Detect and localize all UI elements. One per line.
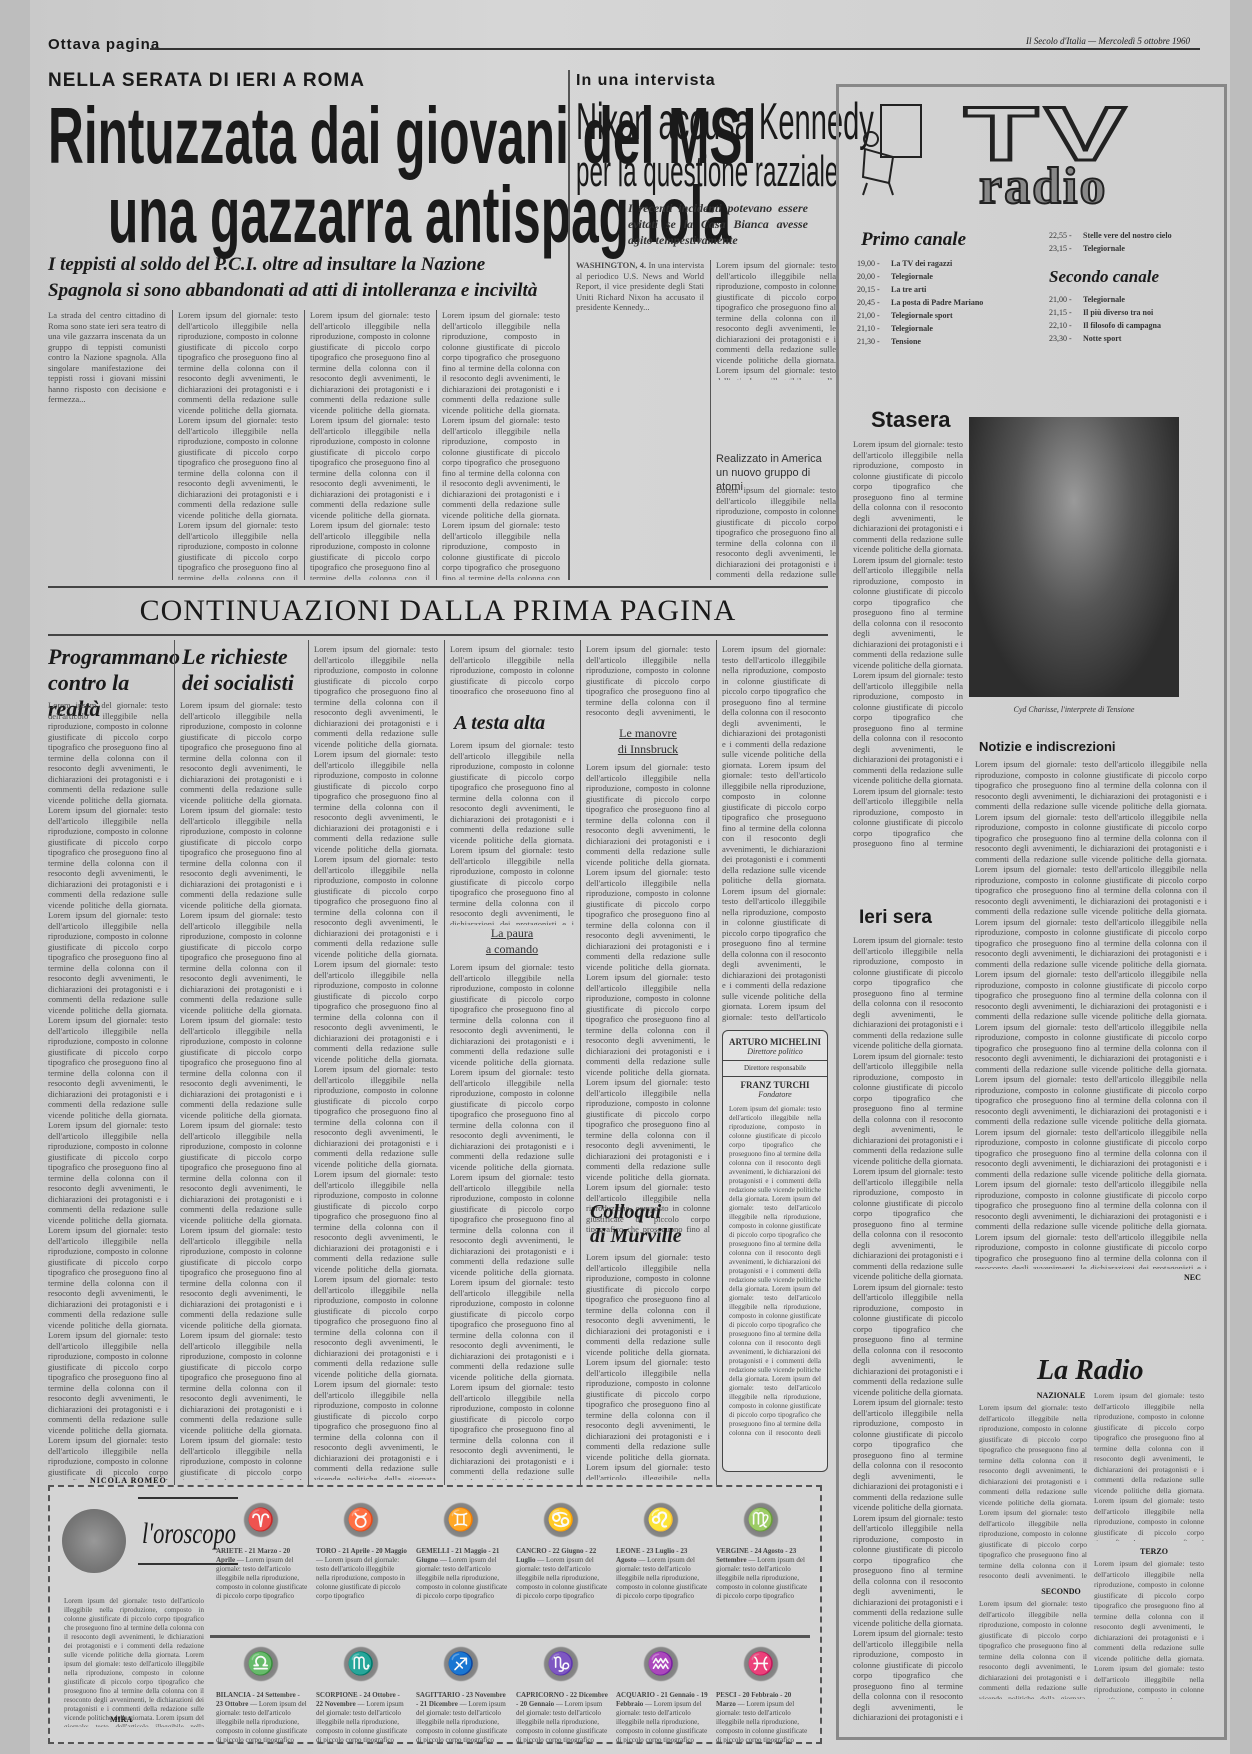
notizie-title: Notizie e indiscrezioni	[979, 739, 1116, 754]
program-time: 21,00 -	[1049, 295, 1083, 305]
article-body-socialisti: Lorem ipsum del giornale: testo dell'art…	[180, 700, 302, 1480]
header-rule	[150, 48, 1200, 50]
article-body-col-4a: Lorem ipsum del giornale: testo dell'art…	[450, 644, 574, 694]
newspaper-page: Ottava pagina Il Secolo d'Italia — Merco…	[30, 0, 1230, 1754]
article-body-col-3: Lorem ipsum del giornale: testo dell'art…	[314, 644, 438, 1480]
program-title: Telegiornale	[891, 272, 933, 281]
lead-body-col-4: Lorem ipsum del giornale: testo dell'art…	[442, 310, 560, 580]
zodiac-sign-toro: ♉TORO - 21 Aprile - 20 Maggio — Lorem ip…	[316, 1499, 408, 1601]
aries-icon: ♈	[240, 1499, 282, 1541]
primo-canale-title: Primo canale	[861, 229, 966, 251]
second-body-col-3: Lorem ipsum del giornale: testo dell'art…	[716, 485, 836, 580]
director-name: ARTURO MICHELINI	[723, 1037, 827, 1047]
founder-role: Fondatore	[723, 1090, 827, 1099]
program-time: 20,00 -	[857, 272, 891, 282]
program-title: La TV dei ragazzi	[891, 259, 952, 268]
zodiac-sign-capricorno: ♑CAPRICORNO - 22 Dicembre - 20 Gennaio —…	[516, 1643, 608, 1745]
capricorn-icon: ♑	[540, 1643, 582, 1685]
program-title: Tensione	[891, 337, 921, 346]
zodiac-sign-vergine: ♍VERGINE - 24 Agosto - 23 Settembre — Lo…	[716, 1499, 808, 1601]
column-rule	[580, 640, 581, 1485]
program-time: 22,55 -	[1049, 231, 1083, 241]
lead-kicker: NELLA SERATA DI IERI A ROMA	[48, 70, 365, 92]
primo-canale-schedule: 19,00 -La TV dei ragazzi20,00 -Telegiorn…	[857, 259, 1037, 350]
zodiac-text: ARIETE - 21 Marzo - 20 Aprile — Lorem ip…	[216, 1547, 308, 1601]
secondo-radio-schedule: Lorem ipsum del giornale: testo dell'art…	[979, 1599, 1087, 1699]
article-body-murville: Lorem ipsum del giornale: testo dell'art…	[586, 1252, 710, 1480]
zodiac-text: TORO - 21 Aprile - 20 Maggio — Lorem ips…	[316, 1547, 408, 1601]
primo-canale-late-schedule: 22,55 -Stelle vere del nostro cielo23,15…	[1049, 231, 1209, 257]
taurus-icon: ♉	[340, 1499, 382, 1541]
column-rule	[304, 310, 305, 580]
scorpio-icon: ♏	[340, 1643, 382, 1685]
article-body-col-5a: Lorem ipsum del giornale: testo dell'art…	[586, 644, 710, 716]
lead-body-col-2: Lorem ipsum del giornale: testo dell'art…	[178, 310, 298, 580]
column-rule	[716, 640, 717, 1485]
program-row: 21,00 -Telegiornale	[1049, 295, 1214, 305]
article-body-paura: Lorem ipsum del giornale: testo dell'art…	[450, 962, 574, 1480]
actress-photo	[969, 417, 1179, 697]
program-row: 22,10 -Il filosofo di campagna	[1049, 321, 1214, 331]
zodiac-text: SAGITTARIO - 23 Novembre - 21 Dicembre —…	[416, 1691, 508, 1745]
subtitle-innsbruck: Le manovre di Innsbruck	[586, 725, 710, 757]
photo-caption: Cyd Charisse, l'interprete di Tensione	[969, 705, 1179, 714]
radio-schedule-col-2: Lorem ipsum del giornale: testo dell'art…	[1094, 1391, 1204, 1541]
column-rule	[172, 310, 173, 580]
tv-viewer-illustration-icon	[859, 97, 929, 197]
program-row: 19,00 -La TV dei ragazzi	[857, 259, 1037, 269]
zodiac-row-2: ♎BILANCIA - 24 Settembre - 23 Ottobre — …	[216, 1643, 816, 1738]
article-body-innsbruck: Lorem ipsum del giornale: testo dell'art…	[586, 762, 710, 1232]
la-radio-title: La Radio	[1037, 1355, 1144, 1387]
article-signature: NICOLA ROMEO	[90, 1476, 167, 1485]
tv-radio-box: TV radio Primo canale 19,00 -La TV dei r…	[836, 84, 1227, 1740]
program-title: Telegiornale	[891, 324, 933, 333]
column-rule	[444, 640, 445, 1485]
masthead: Il Secolo d'Italia — Mercoledì 5 ottobre…	[1026, 36, 1190, 46]
column-rule	[174, 640, 175, 1485]
zodiac-text: CANCRO - 22 Giugno - 22 Luglio — Lorem i…	[516, 1547, 608, 1601]
horoscope-signature: MIRA	[110, 1715, 132, 1724]
program-row: 20,45 -La posta di Padre Mariano	[857, 298, 1037, 308]
virgo-icon: ♍	[740, 1499, 782, 1541]
gemini-icon: ♊	[440, 1499, 482, 1541]
libra-icon: ♎	[240, 1643, 282, 1685]
notizie-body: Lorem ipsum del giornale: testo dell'art…	[975, 759, 1207, 1269]
zodiac-text: CAPRICORNO - 22 Dicembre - 20 Gennaio — …	[516, 1691, 608, 1745]
horoscope-intro: Lorem ipsum del giornale: testo dell'art…	[64, 1597, 204, 1727]
second-headline-2: per la questione razziale	[576, 150, 838, 194]
program-title: Telegiornale sport	[891, 311, 953, 320]
ieri-sera-title: Ieri sera	[859, 907, 932, 929]
secondo-canale-schedule: 21,00 -Telegiornale21,15 -Il più diverso…	[1049, 295, 1214, 347]
zodiac-sign-ariete: ♈ARIETE - 21 Marzo - 20 Aprile — Lorem i…	[216, 1499, 308, 1601]
column-rule	[436, 310, 437, 580]
program-title: Stelle vere del nostro cielo	[1083, 231, 1172, 240]
article-title-testa-alta: A testa alta	[454, 710, 545, 736]
section-label: Ottava pagina	[48, 36, 160, 53]
radio-logo: radio	[979, 157, 1107, 216]
program-title: Telegiornale	[1083, 244, 1125, 253]
program-title: La posta di Padre Mariano	[891, 298, 983, 307]
article-title-socialisti: Le richieste dei socialisti	[182, 644, 302, 696]
article-body-testa-alta: Lorem ipsum del giornale: testo dell'art…	[450, 740, 574, 925]
leo-icon: ♌	[640, 1499, 682, 1541]
zodiac-sign-leone: ♌LEONE - 23 Luglio - 23 Agosto — Lorem i…	[616, 1499, 708, 1601]
article-body-col-6: Lorem ipsum del giornale: testo dell'art…	[722, 644, 826, 1024]
program-row: 23,30 -Notte sport	[1049, 334, 1214, 344]
zodiac-text: GEMELLI - 21 Maggio - 21 Giugno — Lorem …	[416, 1547, 508, 1601]
zodiac-sign-sagittario: ♐SAGITTARIO - 23 Novembre - 21 Dicembre …	[416, 1643, 508, 1745]
terzo-schedule: Lorem ipsum del giornale: testo dell'art…	[1094, 1559, 1204, 1699]
program-time: 21,30 -	[857, 337, 891, 347]
second-body-col-2: Lorem ipsum del giornale: testo dell'art…	[716, 260, 836, 380]
program-row: 21,10 -Telegiornale	[857, 324, 1037, 334]
horoscope-box: l'oroscopo Lorem ipsum del giornale: tes…	[48, 1485, 822, 1744]
second-kicker: In una intervista	[576, 72, 716, 90]
column-rule	[710, 260, 711, 580]
lead-body-col-3: Lorem ipsum del giornale: testo dell'art…	[310, 310, 430, 580]
zodiac-text: SCORPIONE - 24 Ottobre - 22 Novembre — L…	[316, 1691, 408, 1745]
ieri-sera-body: Lorem ipsum del giornale: testo dell'art…	[853, 935, 963, 1725]
zodiac-sign-scorpione: ♏SCORPIONE - 24 Ottobre - 22 Novembre — …	[316, 1643, 408, 1745]
horoscope-emblem-icon	[62, 1509, 126, 1573]
pisces-icon: ♓	[740, 1643, 782, 1685]
editor-role: Direttore responsabile	[723, 1060, 827, 1072]
lead-body-col-1: La strada del centro cittadino di Roma s…	[48, 310, 166, 580]
program-time: 23,15 -	[1049, 244, 1083, 254]
zodiac-sign-acquario: ♒ACQUARIO - 21 Gennaio - 19 Febbraio — L…	[616, 1643, 708, 1745]
column-rule	[308, 640, 309, 1485]
program-time: 23,30 -	[1049, 334, 1083, 344]
program-title: Il filosofo di campagna	[1083, 321, 1161, 330]
program-time: 22,10 -	[1049, 321, 1083, 331]
program-time: 19,00 -	[857, 259, 891, 269]
program-title: Il più diverso tra noi	[1083, 308, 1153, 317]
program-time: 20,45 -	[857, 298, 891, 308]
program-row: 20,15 -La tre arti	[857, 285, 1037, 295]
program-title: Notte sport	[1083, 334, 1121, 343]
zodiac-text: BILANCIA - 24 Settembre - 23 Ottobre — L…	[216, 1691, 308, 1745]
founder-name: FRANZ TURCHI	[723, 1076, 827, 1090]
article-title-murville: Colloqui di Murville	[590, 1200, 682, 1248]
program-time: 21,10 -	[857, 324, 891, 334]
program-row: 20,00 -Telegiornale	[857, 272, 1037, 282]
zodiac-text: PESCI - 20 Febbraio - 20 Marzo — Lorem i…	[716, 1691, 808, 1745]
program-time: 21,15 -	[1049, 308, 1083, 318]
stasera-body: Lorem ipsum del giornale: testo dell'art…	[853, 439, 963, 849]
zodiac-sign-pesci: ♓PESCI - 20 Febbraio - 20 Marzo — Lorem …	[716, 1643, 808, 1745]
continuations-title: CONTINUAZIONI DALLA PRIMA PAGINA	[48, 594, 828, 628]
zodiac-text: VERGINE - 24 Agosto - 23 Settembre — Lor…	[716, 1547, 808, 1601]
program-time: 21,00 -	[857, 311, 891, 321]
credits-details: Lorem ipsum del giornale: testo dell'art…	[729, 1105, 821, 1435]
program-row: 22,55 -Stelle vere del nostro cielo	[1049, 231, 1209, 241]
program-time: 20,15 -	[857, 285, 891, 295]
nazionale-schedule: Lorem ipsum del giornale: testo dell'art…	[979, 1403, 1087, 1578]
horoscope-divider	[210, 1635, 810, 1638]
section-rule-bottom	[48, 634, 828, 636]
program-row: 21,15 -Il più diverso tra noi	[1049, 308, 1214, 318]
program-title: Telegiornale	[1083, 295, 1125, 304]
second-subhead: I recenti incidenti potevano essere evit…	[628, 200, 808, 248]
terzo-label: TERZO	[1109, 1547, 1199, 1556]
second-body-col-1: WASHINGTON, 4. In una intervista al peri…	[576, 260, 704, 580]
credits-box: ARTURO MICHELINI Direttore politico Dire…	[722, 1030, 828, 1472]
director-role: Direttore politico	[723, 1047, 827, 1056]
zodiac-text: ACQUARIO - 21 Gennaio - 19 Febbraio — Lo…	[616, 1691, 708, 1745]
aquarius-icon: ♒	[640, 1643, 682, 1685]
lead-subhead: I teppisti al soldo del P.C.I. oltre ad …	[48, 252, 568, 304]
program-title: La tre arti	[891, 285, 926, 294]
zodiac-sign-bilancia: ♎BILANCIA - 24 Settembre - 23 Ottobre — …	[216, 1643, 308, 1745]
article-body-programmano: Lorem ipsum del giornale: testo dell'art…	[48, 700, 168, 1480]
program-row: 23,15 -Telegiornale	[1049, 244, 1209, 254]
zodiac-text: LEONE - 23 Luglio - 23 Agosto — Lorem ip…	[616, 1547, 708, 1601]
second-headline-1: Nixon accusa Kennedy	[576, 96, 874, 148]
sagittarius-icon: ♐	[440, 1643, 482, 1685]
zodiac-row-1: ♈ARIETE - 21 Marzo - 20 Aprile — Lorem i…	[216, 1499, 816, 1629]
program-row: 21,00 -Telegiornale sport	[857, 311, 1037, 321]
section-rule-top	[48, 586, 828, 588]
program-row: 21,30 -Tensione	[857, 337, 1037, 347]
stasera-title: Stasera	[871, 407, 951, 433]
secondo-canale-title: Secondo canale	[1049, 267, 1159, 287]
notizie-signature: NEC	[1184, 1273, 1201, 1282]
zodiac-sign-gemelli: ♊GEMELLI - 21 Maggio - 21 Giugno — Lorem…	[416, 1499, 508, 1601]
cancer-icon: ♋	[540, 1499, 582, 1541]
subtitle-paura: La paura a comando	[450, 925, 574, 957]
zodiac-sign-cancro: ♋CANCRO - 22 Giugno - 22 Luglio — Lorem …	[516, 1499, 608, 1601]
story-divider	[568, 70, 570, 580]
